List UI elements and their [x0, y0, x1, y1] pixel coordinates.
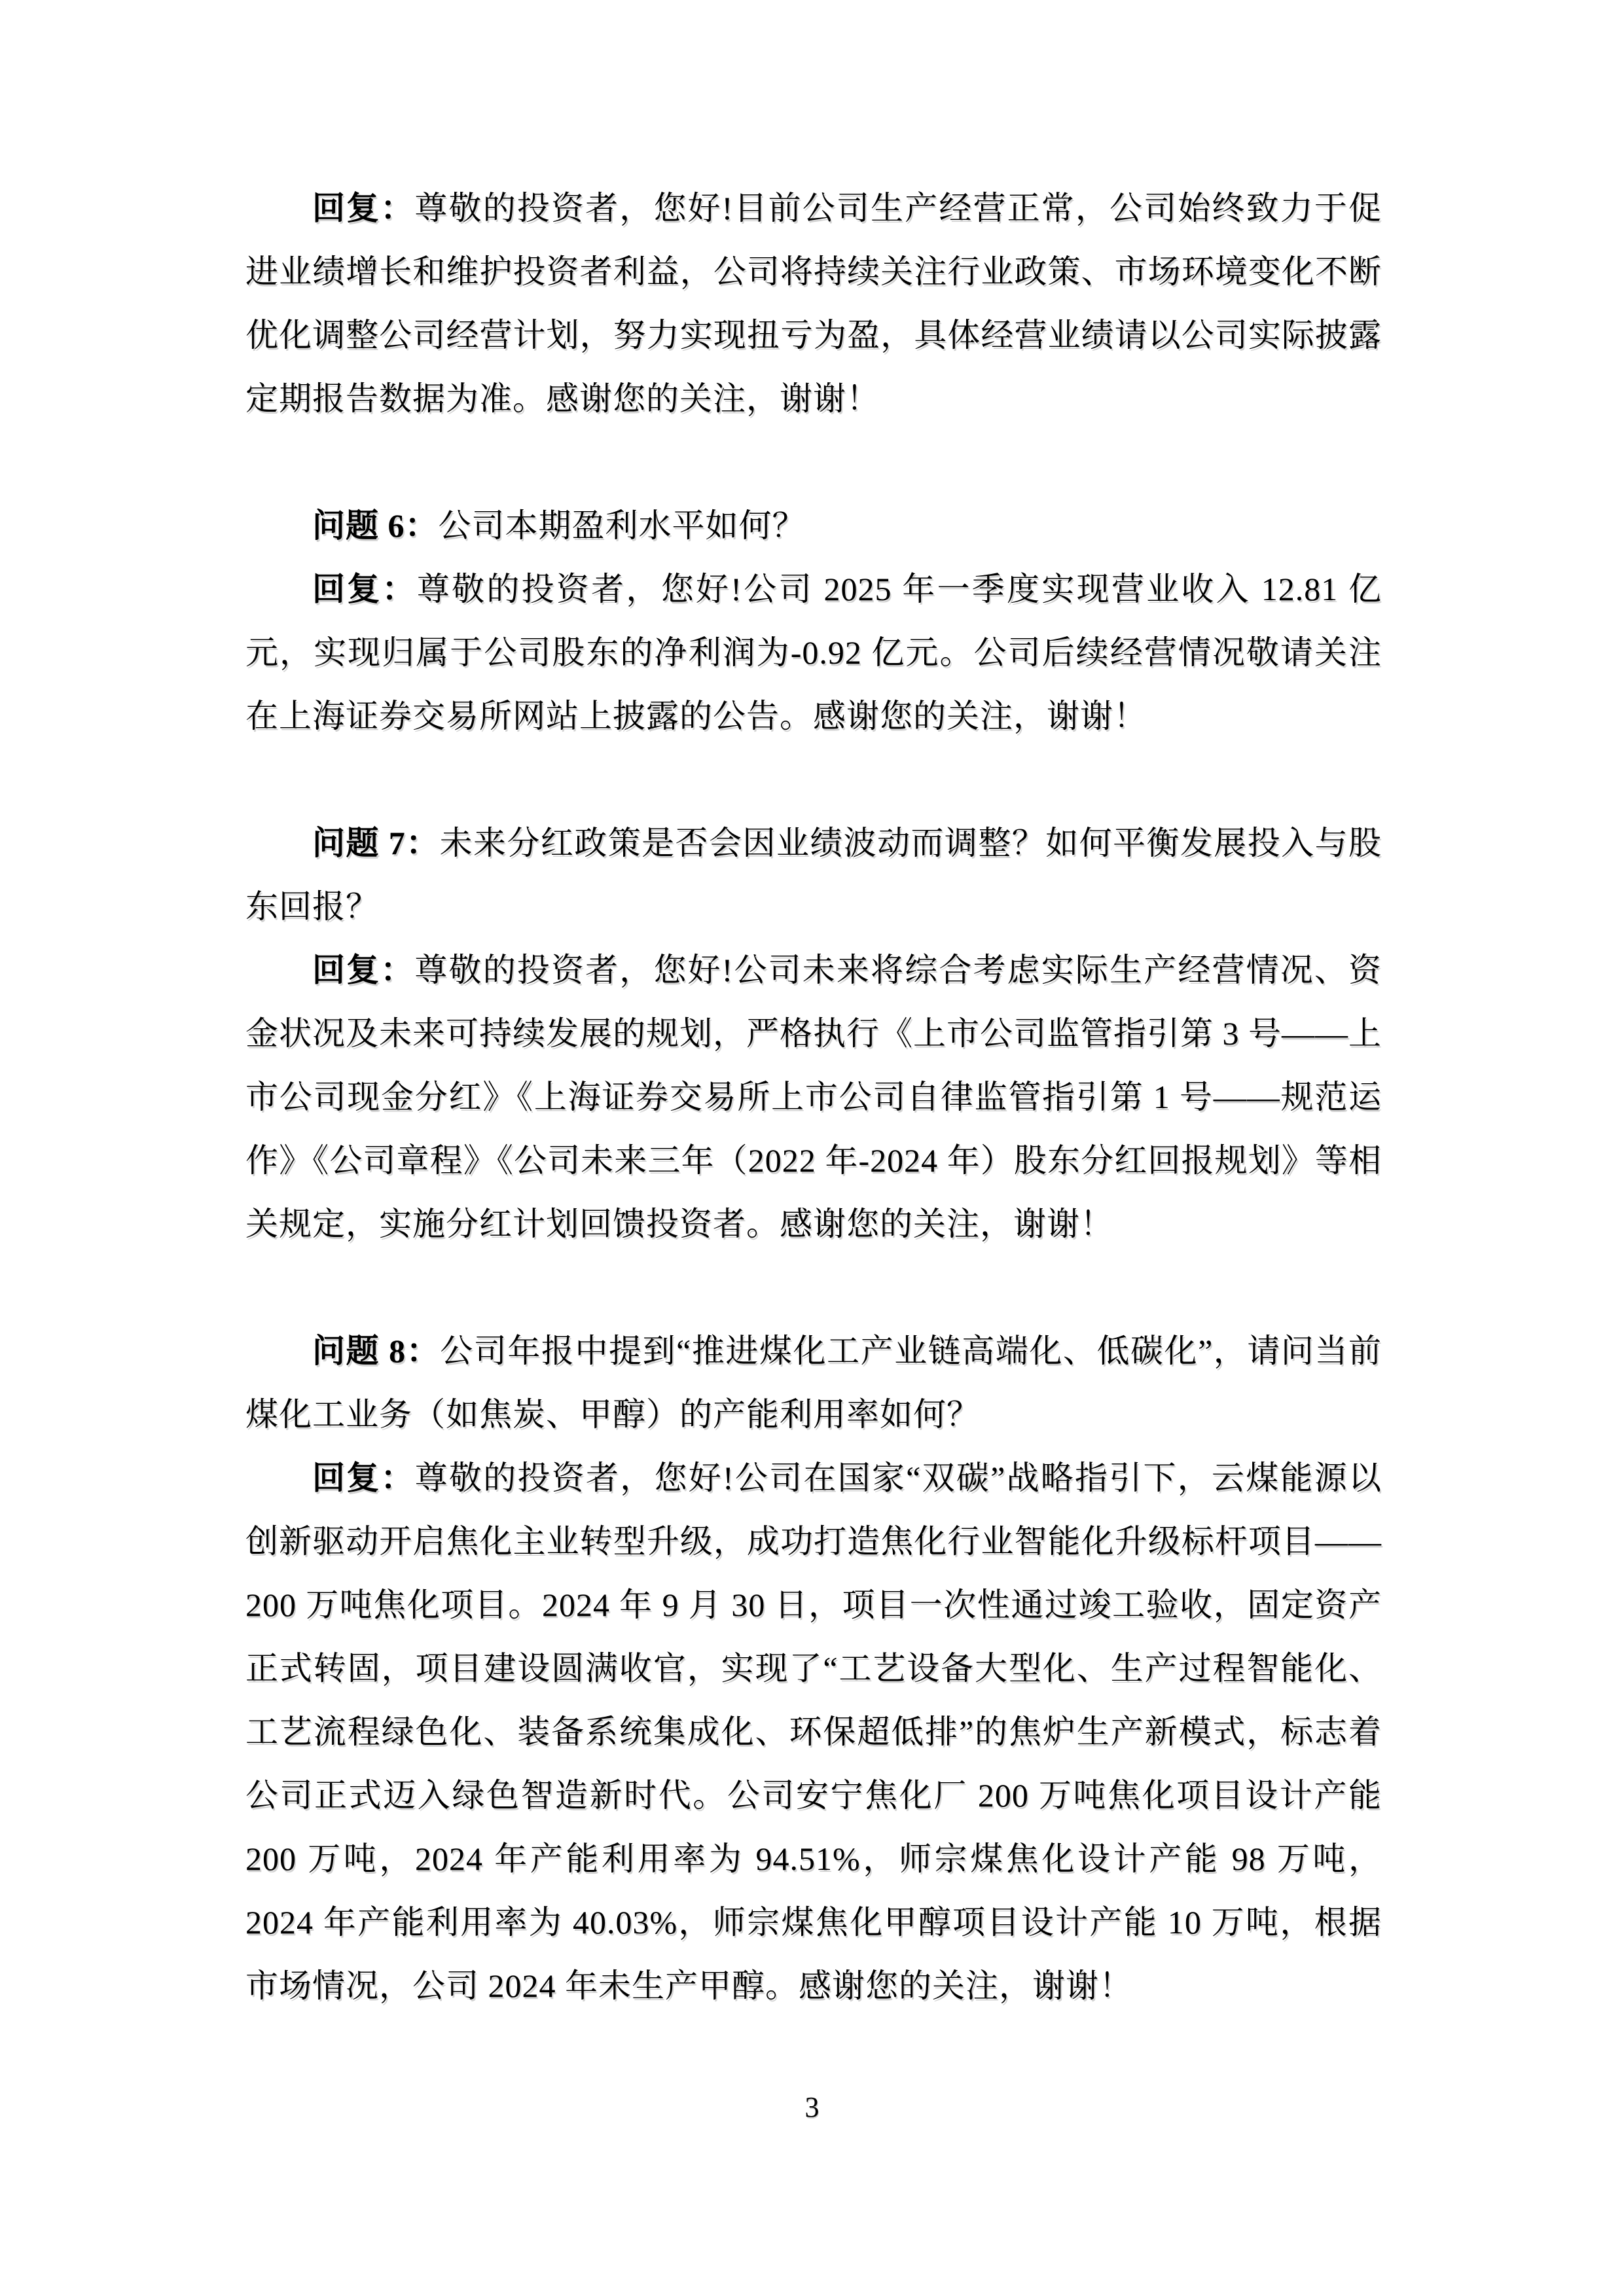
answer-8-label: 回复：	[312, 1460, 415, 1496]
document-page: 回复：尊敬的投资者，您好!目前公司生产经营正常，公司始终致力于促进业绩增长和维护…	[0, 0, 1624, 2296]
question-6-label: 问题 6：	[312, 507, 439, 544]
question-7-paragraph: 问题 7：未来分红政策是否会因业绩波动而调整？如何平衡发展投入与股东回报？	[245, 812, 1382, 939]
document-body: 回复：尊敬的投资者，您好!目前公司生产经营正常，公司始终致力于促进业绩增长和维护…	[245, 177, 1382, 2018]
question-8-label: 问题 8：	[312, 1333, 440, 1369]
answer-7-label: 回复：	[312, 952, 414, 988]
reply-text: 尊敬的投资者，您好!目前公司生产经营正常，公司始终致力于促进业绩增长和维护投资者…	[245, 190, 1382, 417]
answer-6-paragraph: 回复：尊敬的投资者，您好!公司 2025 年一季度实现营业收入 12.81 亿元…	[245, 558, 1382, 748]
reply-label: 回复：	[312, 190, 414, 226]
answer-8-paragraph: 回复：尊敬的投资者，您好!公司在国家“双碳”战略指引下，云煤能源以创新驱动开启焦…	[245, 1446, 1382, 2018]
question-7-label: 问题 7：	[312, 825, 440, 861]
answer-8-text: 尊敬的投资者，您好!公司在国家“双碳”战略指引下，云煤能源以创新驱动开启焦化主业…	[245, 1460, 1382, 2004]
question-6-paragraph: 问题 6：公司本期盈利水平如何？	[245, 494, 1382, 558]
page-number: 3	[805, 2091, 820, 2123]
question-8-paragraph: 问题 8：公司年报中提到“推进煤化工产业链高端化、低碳化”，请问当前煤化工业务（…	[245, 1319, 1382, 1446]
question-6-text: 公司本期盈利水平如何？	[439, 507, 806, 544]
reply-paragraph-continued: 回复：尊敬的投资者，您好!目前公司生产经营正常，公司始终致力于促进业绩增长和维护…	[245, 177, 1382, 431]
answer-7-text: 尊敬的投资者，您好!公司未来将综合考虑实际生产经营情况、资金状况及未来可持续发展…	[245, 952, 1382, 1242]
answer-6-label: 回复：	[312, 571, 417, 607]
answer-7-paragraph: 回复：尊敬的投资者，您好!公司未来将综合考虑实际生产经营情况、资金状况及未来可持…	[245, 939, 1382, 1256]
page-footer: 3	[0, 2088, 1624, 2127]
